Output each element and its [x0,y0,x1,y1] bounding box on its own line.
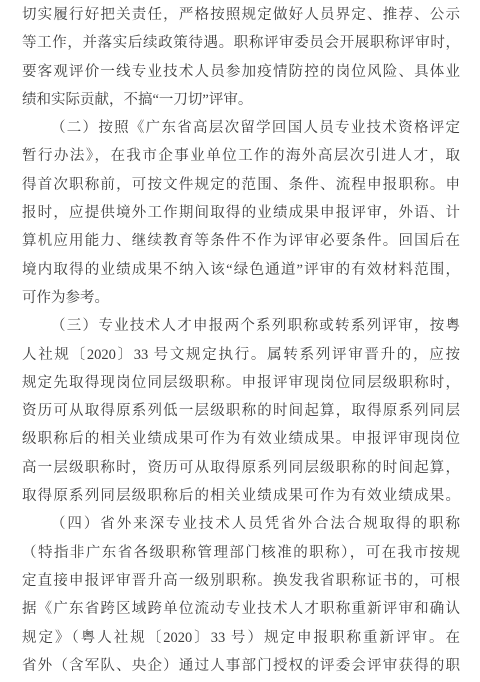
document-line: 取得原系列同层级职称后的相关业绩成果可作为有效业绩成果。 [22,482,460,510]
document-line: 人社规〔2020〕33 号文规定执行。属转系列评审晋升的，应按 [22,341,460,369]
document-line: 定直接申报评审晋升高一级别职称。换发我省职称证书的，可根 [22,567,460,595]
text-block: 切实履行好把关责任，严格按照规定做好人员界定、推荐、公示等工作，并落实后续政策待… [0,0,480,680]
document-line: （三）专业技术人才申报两个系列职称或转系列评审，按粤 [22,312,460,340]
document-line: 暂行办法》，在我市企事业单位工作的海外高层次引进人才，取 [22,142,460,170]
document-line: 境内取得的业绩成果不纳入该“绿色通道”评审的有效材料范围， [22,256,460,284]
document-line: 可作为参考。 [22,284,460,312]
document-page: 切实履行好把关责任，严格按照规定做好人员界定、推荐、公示等工作，并落实后续政策待… [0,0,480,682]
document-line: 算机应用能力、继续教育等条件不作为评审必要条件。回国后在 [22,227,460,255]
document-line: 级职称后的相关业绩成果可作为有效业绩成果。申报评审现岗位 [22,425,460,453]
document-line: 等工作，并落实后续政策待遇。职称评审委员会开展职称评审时， [22,29,460,57]
document-line: 切实履行好把关责任，严格按照规定做好人员界定、推荐、公示 [22,1,460,29]
document-line: （特指非广东省各级职称管理部门核准的职称），可在我市按规 [22,539,460,567]
document-line: 资历可从取得原系列低一层级职称的时间起算，取得原系列同层 [22,397,460,425]
document-line: 报时，应提供境外工作期间取得的业绩成果申报评审，外语、计 [22,199,460,227]
document-line: 省外（含军队、央企）通过人事部门授权的评委会评审获得的职 [22,652,460,680]
document-line: 规定》（粤人社规〔2020〕33 号）规定申报职称重新评审。在 [22,624,460,652]
document-line: （四）省外来深专业技术人员凭省外合法合规取得的职称 [22,510,460,538]
document-line: 要客观评价一线专业技术人员参加疫情防控的岗位风险、具体业 [22,58,460,86]
document-line: 得首次职称前，可按文件规定的范围、条件、流程申报职称。申 [22,171,460,199]
document-line: （二）按照《广东省高层次留学回国人员专业技术资格评定 [22,114,460,142]
document-line: 高一层级职称时，资历可从取得原系列同层级职称的时间起算， [22,454,460,482]
document-line: 规定先取得现岗位同层级职称。申报评审现岗位同层级职称时， [22,369,460,397]
document-line: 据《广东省跨区域跨单位流动专业技术人才职称重新评审和确认 [22,595,460,623]
document-line: 绩和实际贡献，不搞“一刀切”评审。 [22,86,460,114]
